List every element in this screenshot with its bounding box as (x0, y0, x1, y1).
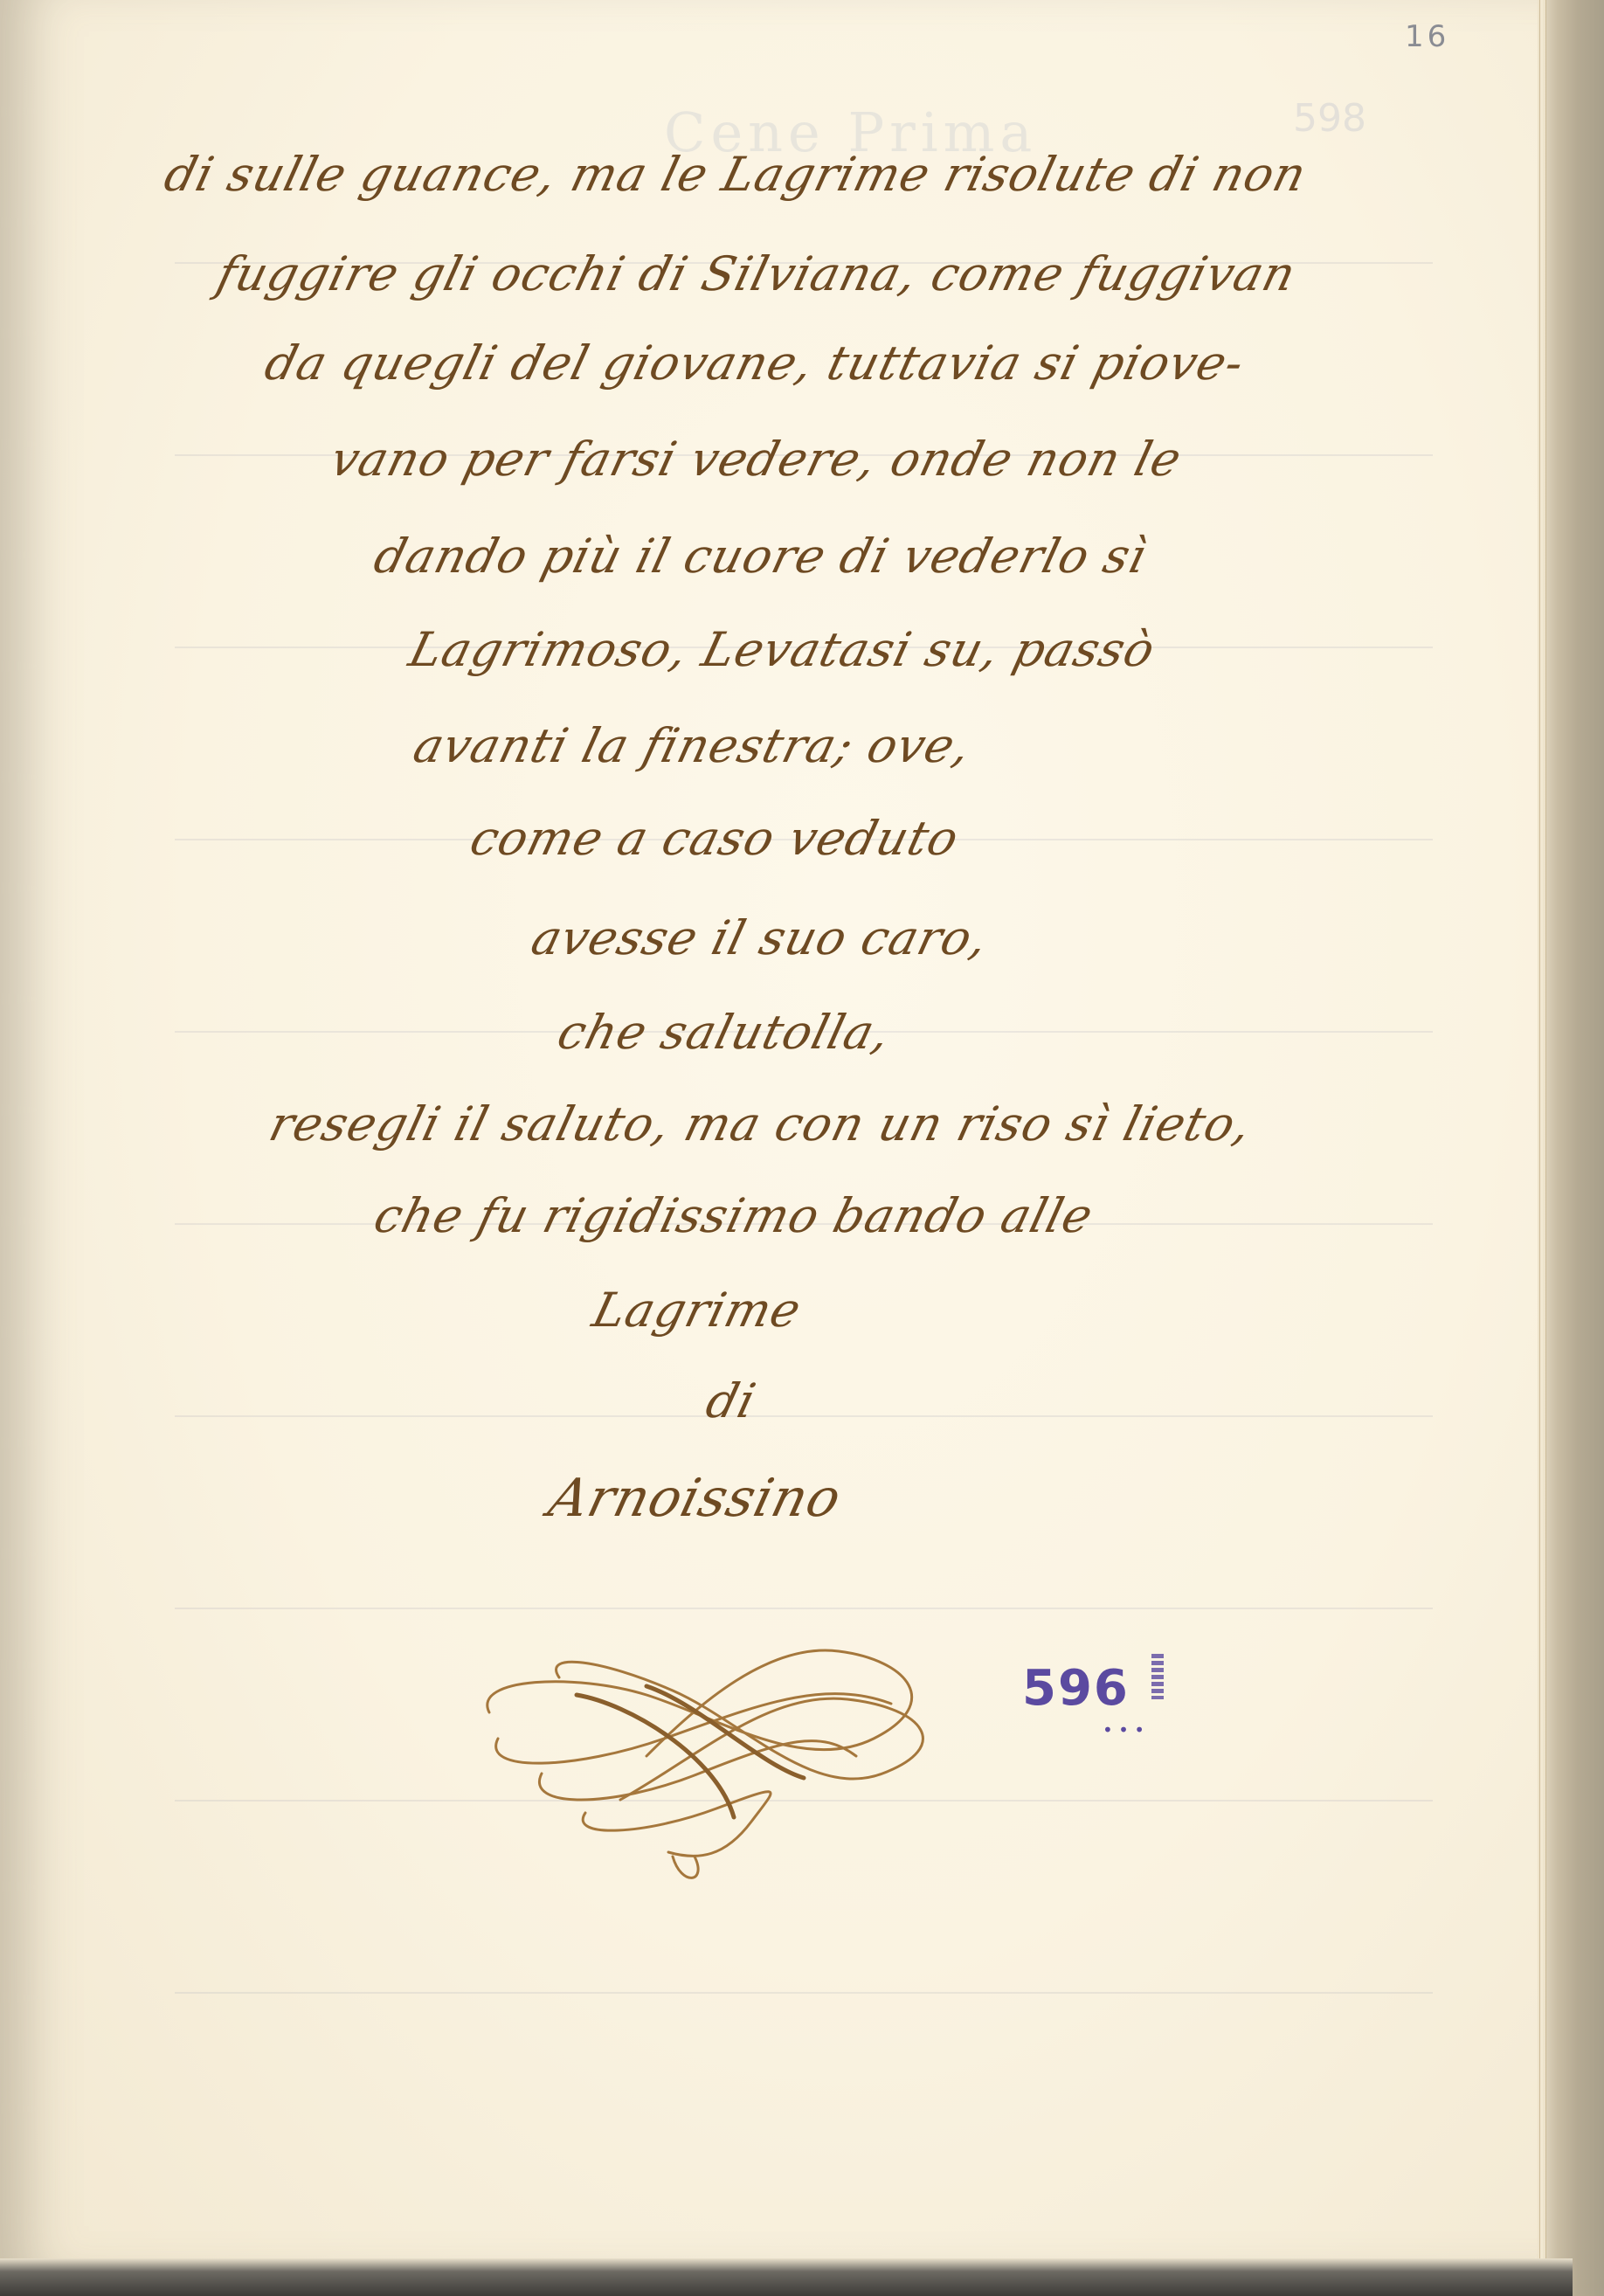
ghost-number: 598 (1293, 96, 1366, 141)
text-line-6: Lagrimoso, Levatasi su, passò (404, 622, 1161, 677)
signature: Arnoissino (543, 1468, 847, 1529)
text-line-13: Lagrime (587, 1283, 807, 1338)
manuscript-page: Cene Prima 598 16 di sulle guance, ma le… (0, 0, 1538, 2263)
text-line-5: dando più il cuore di vederlo sì (369, 529, 1152, 584)
text-line-12: che fu rigidissimo bando alle (369, 1188, 1099, 1243)
text-line-14: di (701, 1373, 762, 1428)
bleed-through-line (175, 1415, 1433, 1417)
bleed-through-line (175, 1608, 1433, 1609)
stamp-dots: • • • (1103, 1719, 1144, 1740)
calligraphic-flourish-icon (472, 1625, 978, 1887)
book-bottom-edge (0, 2258, 1573, 2296)
text-line-11: resegli il saluto, ma con un riso sì lie… (264, 1096, 1257, 1151)
bleed-through-line (175, 1992, 1433, 1994)
text-line-3: da quegli del giovane, tuttavia si piove… (259, 335, 1250, 391)
page-stack (1538, 0, 1604, 2296)
stamp-mark-icon (1151, 1654, 1164, 1699)
text-line-10: che salutolla, (552, 1005, 896, 1060)
archive-stamp-number: 596 (1022, 1660, 1130, 1717)
folio-number: 16 (1405, 19, 1449, 54)
text-line-4: vano per farsi vedere, onde non le (325, 432, 1187, 487)
text-line-7: avanti la finestra; ove, (408, 718, 977, 773)
text-line-8: come a caso veduto (465, 811, 964, 866)
text-line-2: fuggire gli occhi di Silviana, come fugg… (211, 246, 1302, 301)
text-line-1: di sulle guance, ma le Lagrime risolute … (159, 147, 1312, 202)
text-line-9: avesse il suo caro, (526, 910, 994, 965)
